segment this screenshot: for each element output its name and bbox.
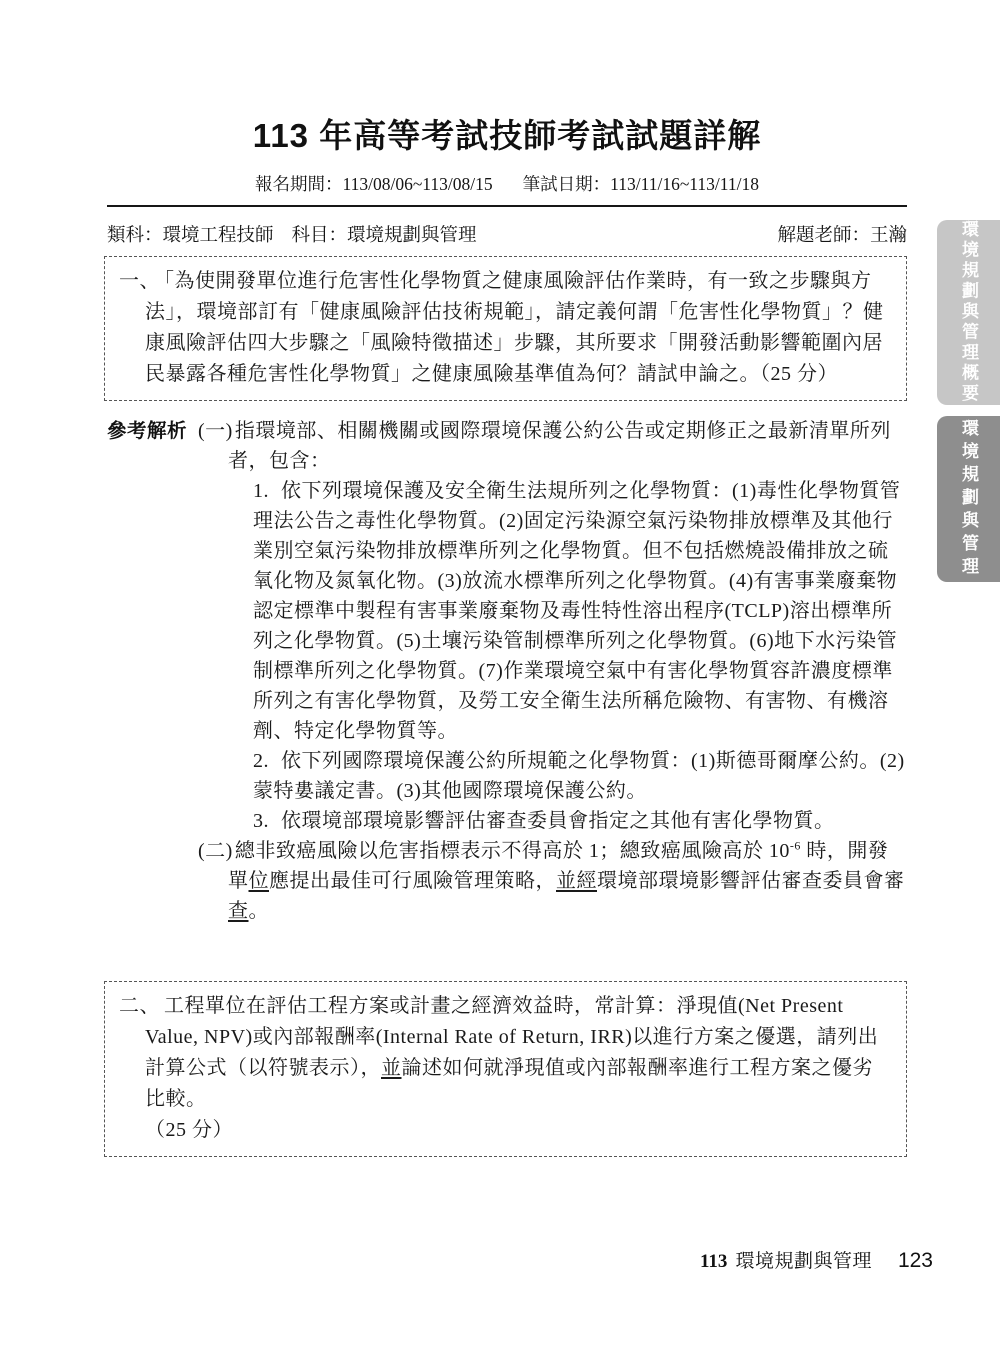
- solution-item-2: 2.依下列國際環境保護公約所規範之化學物質：(1)斯德哥爾摩公約。(2)蒙特婁議…: [253, 746, 907, 806]
- thumb-tab-environmental-planning-management: 環境規劃與管理: [937, 416, 1000, 582]
- question-2-box: 二、工程單位在評估工程方案或計畫之經濟效益時，常計算：淨現值(Net Prese…: [104, 981, 907, 1157]
- part-1-text: 指環境部、相關機關或國際環境保護公約公告或定期修正之最新清單所列者，包含：: [228, 420, 891, 472]
- question-1-marker: 一、: [119, 270, 160, 292]
- question-1-text: 一、「為使開發單位進行危害性化學物質之健康風險評估作業時，有一致之步驟與方法」，…: [119, 266, 892, 390]
- solution-part-2: (二)總非致癌風險以危害指標表示不得高於 1；總致癌風險高於 10-6 時，開發…: [198, 836, 907, 926]
- meta-row: 類科：環境工程技師 科目：環境規劃與管理 解題老師：王瀚: [107, 221, 907, 247]
- category: 類科：環境工程技師: [107, 221, 274, 247]
- footer-series-title: 環境規劃與管理: [735, 1246, 872, 1273]
- item-3-number: 3.: [253, 810, 269, 832]
- thumb-tab-environmental-planning-management-outline: 環境規劃與管理概要: [937, 220, 1000, 405]
- item-2-text: 依下列國際環境保護公約所規範之化學物質：(1)斯德哥爾摩公約。(2)蒙特婁議定書…: [253, 750, 905, 802]
- subject: 科目：環境規劃與管理: [292, 221, 477, 247]
- part-2-text: 總非致癌風險以危害指標表示不得高於 1；總致癌風險高於 10-6 時，開發單位應…: [228, 840, 905, 922]
- solution-item-3: 3.依環境部環境影響評估審查委員會指定之其他有害化學物質。: [253, 806, 907, 836]
- solution-content: (一)指環境部、相關機關或國際環境保護公約公告或定期修正之最新清單所列者，包含：…: [198, 416, 907, 926]
- question-2-text: 二、工程單位在評估工程方案或計畫之經濟效益時，常計算：淨現值(Net Prese…: [119, 991, 892, 1115]
- item-3-text: 依環境部環境影響評估審查委員會指定之其他有害化學物質。: [281, 810, 835, 832]
- solution-label: 參考解析: [107, 416, 187, 446]
- footer-page-number: 123: [898, 1249, 933, 1273]
- page-footer: 113 環境規劃與管理 123: [700, 1246, 933, 1273]
- masthead: 113 年高等考試技師考試試題詳解 報名期間：113/08/06~113/08/…: [107, 0, 907, 247]
- solution-section: 參考解析 (一)指環境部、相關機關或國際環境保護公約公告或定期修正之最新清單所列…: [107, 416, 907, 926]
- footer-year: 113: [700, 1251, 727, 1273]
- solver-teacher: 解題老師：王瀚: [777, 221, 907, 247]
- written-exam-date: 筆試日期：113/11/16~113/11/18: [523, 171, 759, 196]
- question-2-body: 工程單位在評估工程方案或計畫之經濟效益時，常計算：淨現值(Net Present…: [145, 995, 878, 1110]
- part-2-marker: (二): [198, 840, 233, 862]
- page-title: 113 年高等考試技師考試試題詳解: [107, 110, 907, 157]
- exam-dates-row: 報名期間：113/08/06~113/08/15 筆試日期：113/11/16~…: [107, 171, 907, 196]
- item-1-number: 1.: [253, 480, 269, 502]
- solution-part-1: (一)指環境部、相關機關或國際環境保護公約公告或定期修正之最新清單所列者，包含：: [198, 416, 907, 476]
- header-rule: [107, 205, 907, 207]
- question-2-marker: 二、: [119, 995, 160, 1017]
- scanned-exam-solution-page: 113 年高等考試技師考試試題詳解 報名期間：113/08/06~113/08/…: [0, 0, 1000, 1353]
- registration-period: 報名期間：113/08/06~113/08/15: [255, 171, 493, 196]
- part-1-marker: (一): [198, 420, 233, 442]
- meta-left: 類科：環境工程技師 科目：環境規劃與管理: [107, 221, 477, 247]
- question-1-box: 一、「為使開發單位進行危害性化學物質之健康風險評估作業時，有一致之步驟與方法」，…: [104, 256, 907, 401]
- question-1-body: 「為使開發單位進行危害性化學物質之健康風險評估作業時，有一致之步驟與方法」，環境…: [145, 270, 884, 385]
- item-2-number: 2.: [253, 750, 269, 772]
- solution-item-1: 1.依下列環境保護及安全衛生法規所列之化學物質：(1)毒性化學物質管理法公告之毒…: [253, 476, 907, 746]
- question-2-score: （25 分）: [119, 1115, 892, 1146]
- item-1-text: 依下列環境保護及安全衛生法規所列之化學物質：(1)毒性化學物質管理法公告之毒性化…: [253, 480, 900, 742]
